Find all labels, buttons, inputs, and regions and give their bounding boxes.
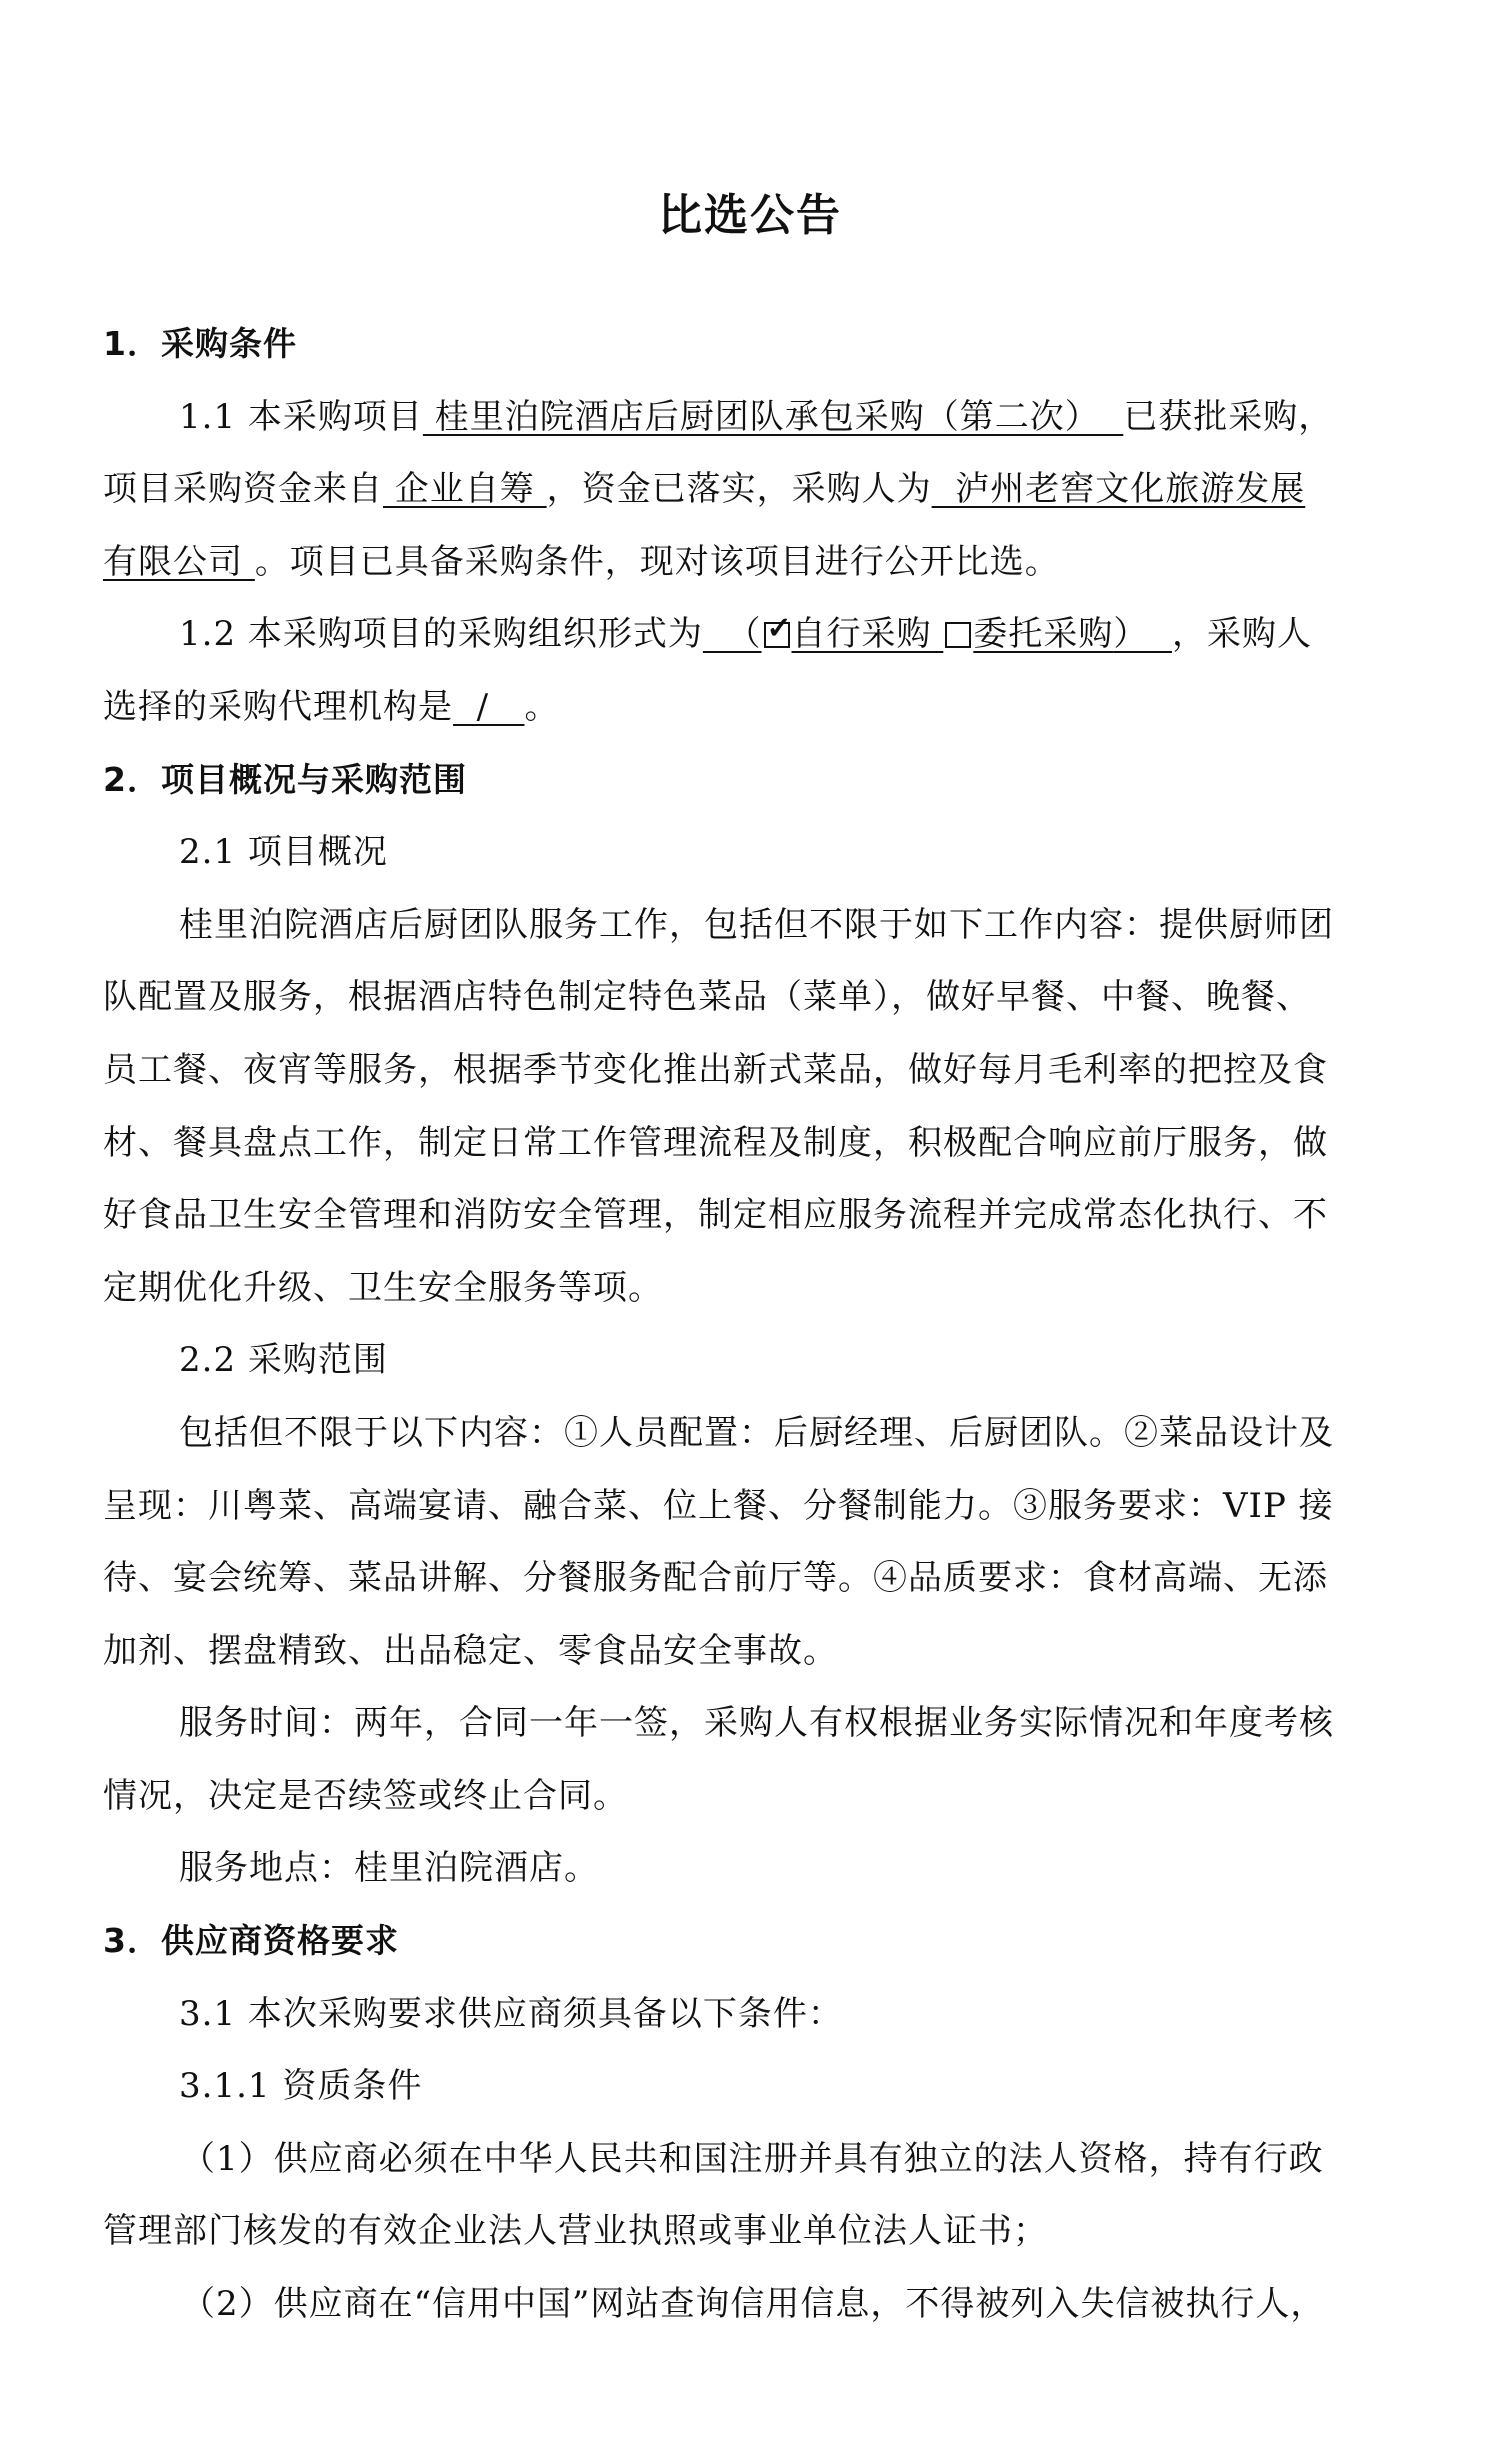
text: 1.1 本采购项目	[179, 397, 423, 437]
project-name-field: 桂里泊院酒店后厨团队承包采购（第二次）	[423, 397, 1123, 437]
overview-line: 队配置及服务，根据酒店特色制定特色菜品（菜单），做好早餐、中餐、晚餐、	[103, 961, 1403, 1034]
subsection-heading-2-1: 2.1 项目概况	[103, 816, 1403, 889]
subsection-heading-3-1-1: 3.1.1 资质条件	[103, 2050, 1403, 2123]
purchaser-field-cont: 有限公司	[103, 542, 255, 582]
paragraph-1-2-line-1: 1.2 本采购项目的采购组织形式为 （✓自行采购 委托采购） ，采购人	[103, 598, 1403, 671]
text: 1.2 本采购项目的采购组织形式为	[179, 614, 703, 654]
overview-line: 材、餐具盘点工作，制定日常工作管理流程及制度，积极配合响应前厅服务，做	[103, 1107, 1403, 1180]
text: ，资金已落实，采购人为	[547, 469, 932, 509]
text: 已获批采购，	[1123, 397, 1333, 437]
service-time-line: 服务时间：两年，合同一年一签，采购人有权根据业务实际情况和年度考核	[103, 1687, 1403, 1760]
check-icon: ✓	[767, 614, 793, 644]
page-title: 比选公告	[0, 188, 1500, 244]
paragraph-1-2-line-2: 选择的采购代理机构是 / 。	[103, 671, 1403, 744]
section-heading-3: 3．供应商资格要求	[103, 1905, 1403, 1978]
scope-line: 加剂、摆盘精致、出品稳定、零食品安全事故。	[103, 1615, 1403, 1688]
fund-source-field: 企业自筹	[383, 469, 547, 509]
overview-line: 员工餐、夜宵等服务，根据季节变化推出新式菜品，做好每月毛利率的把控及食	[103, 1034, 1403, 1107]
overview-line: 好食品卫生安全管理和消防安全管理，制定相应服务流程并完成常态化执行、不	[103, 1179, 1403, 1252]
document-body: 1．采购条件 1.1 本采购项目 桂里泊院酒店后厨团队承包采购（第二次） 已获批…	[103, 308, 1403, 2341]
section-heading-2: 2．项目概况与采购范围	[103, 744, 1403, 817]
scope-line: 呈现：川粤菜、高端宴请、融合菜、位上餐、分餐制能力。③服务要求：VIP 接	[103, 1470, 1403, 1543]
option-entrust-label: 委托采购	[973, 614, 1113, 654]
subsection-heading-3-1: 3.1 本次采购要求供应商须具备以下条件：	[103, 1978, 1403, 2051]
service-time-line: 情况，决定是否续签或终止合同。	[103, 1760, 1403, 1833]
scope-line: 包括但不限于以下内容：①人员配置：后厨经理、后厨团队。②菜品设计及	[103, 1397, 1403, 1470]
procurement-form-field: （✓自行采购 委托采购）	[703, 614, 1172, 654]
subsection-heading-2-2: 2.2 采购范围	[103, 1324, 1403, 1397]
requirement-1-line: 管理部门核发的有效企业法人营业执照或事业单位法人证书；	[103, 2195, 1403, 2268]
document-page: 比选公告 1．采购条件 1.1 本采购项目 桂里泊院酒店后厨团队承包采购（第二次…	[0, 0, 1500, 2448]
option-self-label: 自行采购	[792, 614, 932, 654]
checkbox-entrusted-procurement[interactable]	[945, 622, 971, 648]
text: 选择的采购代理机构是	[103, 687, 453, 727]
text: ，采购人	[1172, 614, 1312, 654]
purchaser-field: 泸州老窖文化旅游发展	[932, 469, 1306, 509]
paragraph-1-1-line-2: 项目采购资金来自 企业自筹 ，资金已落实，采购人为 泸州老窖文化旅游发展	[103, 453, 1403, 526]
agency-field: /	[453, 687, 525, 727]
service-location: 服务地点：桂里泊院酒店。	[103, 1832, 1403, 1905]
text: ）	[1113, 614, 1172, 654]
text: 项目采购资金来自	[103, 469, 383, 509]
paragraph-1-1-line-1: 1.1 本采购项目 桂里泊院酒店后厨团队承包采购（第二次） 已获批采购，	[103, 381, 1403, 454]
requirement-1-line: （1）供应商必须在中华人民共和国注册并具有独立的法人资格，持有行政	[103, 2123, 1403, 2196]
checkbox-self-procurement[interactable]: ✓	[764, 622, 790, 648]
text	[932, 614, 944, 654]
requirement-2-line: （2）供应商在“信用中国”网站查询信用信息，不得被列入失信被执行人，	[103, 2268, 1403, 2341]
overview-line: 定期优化升级、卫生安全服务等项。	[103, 1252, 1403, 1325]
paragraph-1-1-line-3: 有限公司 。项目已具备采购条件，现对该项目进行公开比选。	[103, 526, 1403, 599]
scope-line: 待、宴会统筹、菜品讲解、分餐服务配合前厅等。④品质要求：食材高端、无添	[103, 1542, 1403, 1615]
text: （	[703, 614, 762, 654]
text: 。	[525, 687, 560, 727]
section-heading-1: 1．采购条件	[103, 308, 1403, 381]
text: 。项目已具备采购条件，现对该项目进行公开比选。	[255, 542, 1060, 582]
overview-line: 桂里泊院酒店后厨团队服务工作，包括但不限于如下工作内容：提供厨师团	[103, 889, 1403, 962]
